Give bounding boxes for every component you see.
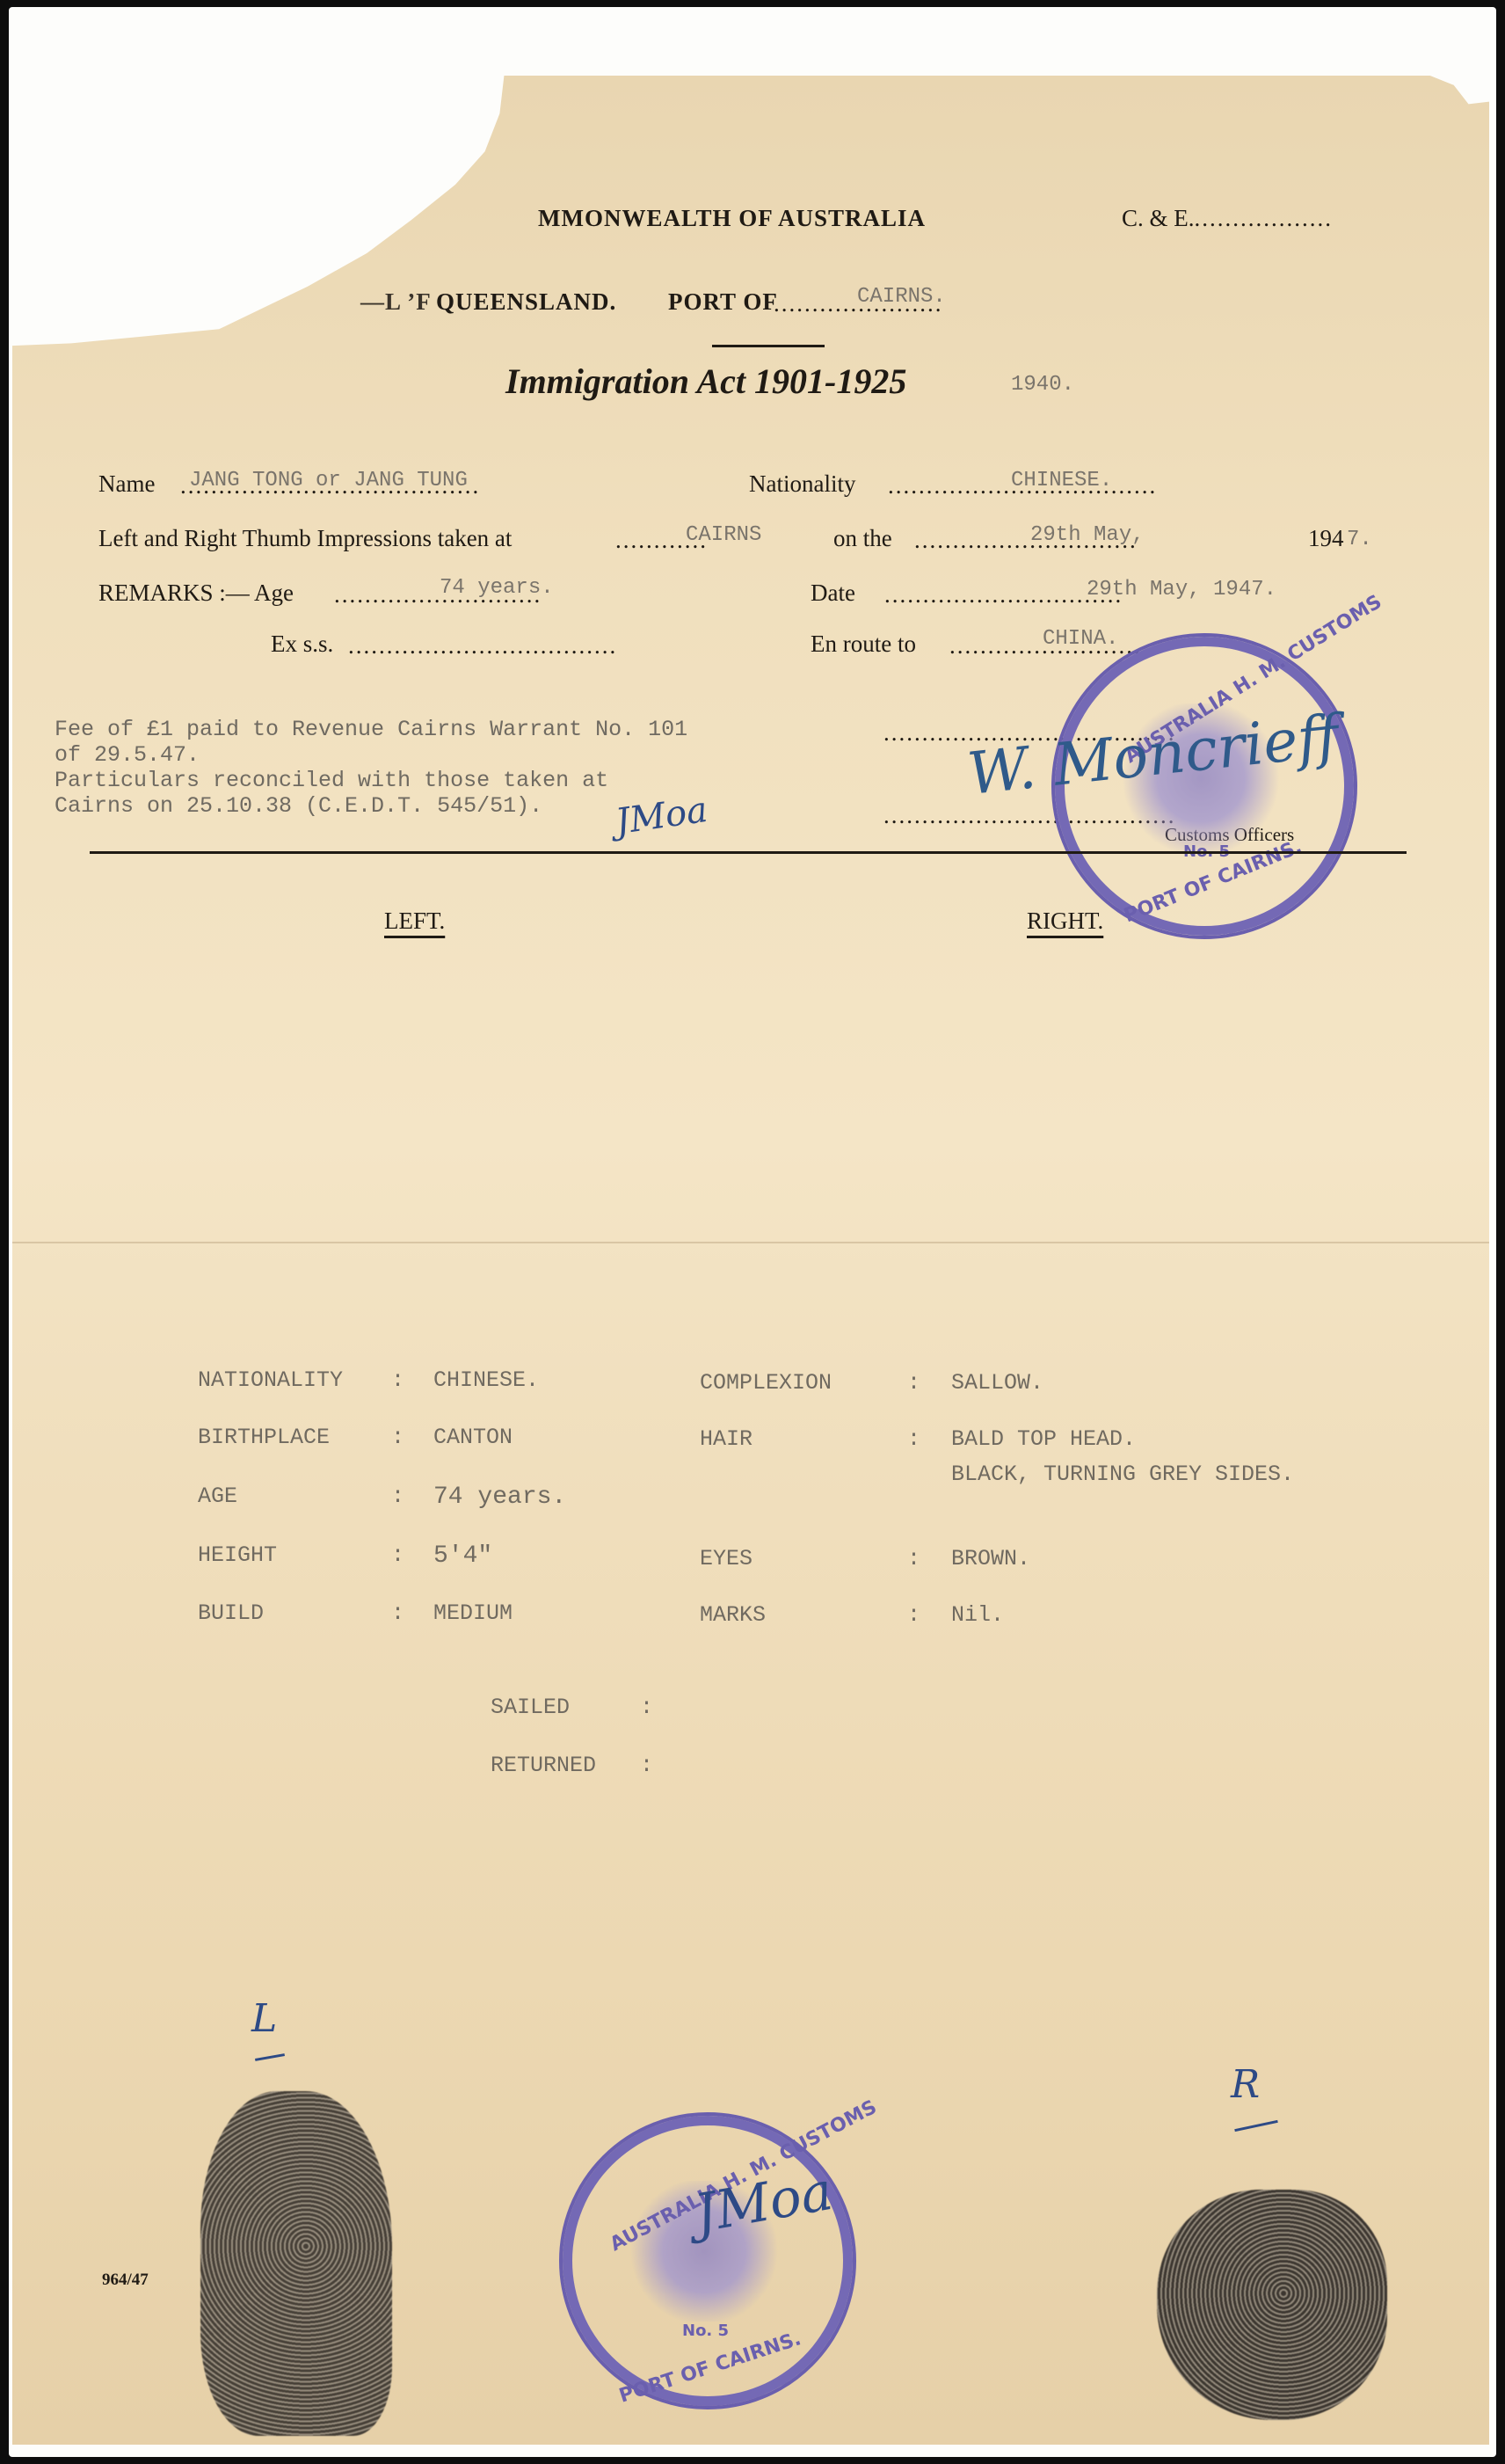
- ce-label: C. & E.: [1122, 205, 1195, 231]
- desc-value: Nil.: [951, 1602, 1004, 1628]
- desc-label: BUILD: [198, 1600, 264, 1626]
- nationality-value[interactable]: CHINESE.: [1011, 469, 1112, 492]
- on-the-label: on the: [833, 525, 892, 552]
- port-label: PORT OF: [668, 288, 778, 316]
- desc-label: NATIONALITY: [198, 1367, 343, 1393]
- returned-label: RETURNED: [491, 1753, 596, 1778]
- desc-colon: :: [907, 1602, 920, 1628]
- year-suffix[interactable]: 7.: [1347, 528, 1372, 551]
- desc-value: CANTON: [433, 1425, 513, 1450]
- remarks-age-label: REMARKS :— Age: [98, 580, 294, 607]
- remark-line: Cairns on 25.10.38 (C.E.D.T. 545/51).: [55, 793, 687, 819]
- desc-colon: :: [391, 1542, 404, 1568]
- desc-label: COMPLEXION: [700, 1370, 832, 1396]
- remark-line: Fee of £1 paid to Revenue Cairns Warrant…: [55, 717, 687, 742]
- left-thumb-heading: LEFT.: [384, 908, 445, 935]
- right-thumb-heading: RIGHT.: [1027, 908, 1103, 935]
- returned-colon[interactable]: :: [640, 1753, 653, 1778]
- act-title: Immigration Act 1901-1925: [505, 361, 906, 402]
- desc-colon: :: [907, 1370, 920, 1396]
- desc-value: 5'4": [433, 1542, 492, 1570]
- desc-colon: :: [907, 1426, 920, 1452]
- sailed-label: SAILED: [491, 1695, 570, 1720]
- remark-line: of 29.5.47.: [55, 742, 687, 768]
- commonwealth-heading: MMONWEALTH OF AUSTRALIA: [538, 205, 926, 232]
- name-value[interactable]: JANG TONG or JANG TUNG: [189, 469, 468, 492]
- thumb-place[interactable]: CAIRNS: [686, 523, 761, 547]
- ex-ss-dots[interactable]: ...................................: [348, 632, 617, 660]
- age-value[interactable]: 74 years.: [440, 576, 554, 600]
- remark-line: Particulars reconciled with those taken …: [55, 768, 687, 793]
- ex-ss-label: Ex s.s.: [271, 631, 333, 658]
- en-route-value[interactable]: CHINA.: [1043, 627, 1118, 651]
- left-thumb-mark: L: [251, 1996, 277, 2041]
- nationality-label: Nationality: [749, 470, 855, 498]
- right-thumbprint: [1157, 2190, 1387, 2420]
- desc-colon: :: [907, 1546, 920, 1571]
- date-value[interactable]: 29th May, 1947.: [1087, 578, 1276, 601]
- desc-colon: :: [391, 1484, 404, 1509]
- desc-value: BROWN.: [951, 1546, 1030, 1571]
- desc-value: MEDIUM: [433, 1600, 513, 1626]
- desc-value-continued: BLACK, TURNING GREY SIDES.: [951, 1462, 1294, 1487]
- section-divider: [90, 851, 1407, 854]
- ce-dots: ..................: [1195, 205, 1334, 231]
- stamp-number: No. 5: [682, 2322, 729, 2340]
- thumb-label: Left and Right Thumb Impressions taken a…: [98, 525, 512, 552]
- desc-label: BIRTHPLACE: [198, 1425, 330, 1450]
- year-prefix: 194: [1308, 525, 1344, 552]
- act-overtype: 1940.: [1011, 373, 1074, 397]
- port-value[interactable]: CAIRNS.: [857, 285, 946, 309]
- queensland-heading: QUEENSLAND.: [436, 288, 616, 316]
- thumb-date[interactable]: 29th May,: [1030, 523, 1145, 547]
- desc-value: SALLOW.: [951, 1370, 1043, 1396]
- en-route-label: En route to: [811, 631, 916, 658]
- desc-value: 74 years.: [433, 1484, 566, 1511]
- desc-label: MARKS: [700, 1602, 766, 1628]
- desc-value: CHINESE.: [433, 1367, 539, 1393]
- sailed-colon[interactable]: :: [640, 1695, 653, 1720]
- typed-remarks: Fee of £1 paid to Revenue Cairns Warrant…: [55, 717, 687, 819]
- state-fragment: —L ’F: [360, 288, 432, 316]
- desc-colon: :: [391, 1425, 404, 1450]
- date-label: Date: [811, 580, 855, 607]
- right-thumb-mark: R: [1231, 2062, 1260, 2107]
- document-paper: [12, 76, 1489, 2445]
- name-label: Name: [98, 470, 155, 498]
- header-rule: [712, 345, 825, 347]
- desc-label: EYES: [700, 1546, 752, 1571]
- desc-label: HEIGHT: [198, 1542, 277, 1568]
- desc-colon: :: [391, 1600, 404, 1626]
- desc-label: AGE: [198, 1484, 237, 1509]
- desc-colon: :: [391, 1367, 404, 1393]
- reference-number: 964/47: [102, 2271, 149, 2290]
- left-thumbprint: [200, 2091, 392, 2436]
- paper-fold-line: [12, 1242, 1489, 1243]
- ce-field[interactable]: C. & E...................: [1122, 205, 1333, 232]
- desc-label: HAIR: [700, 1426, 752, 1452]
- desc-value: BALD TOP HEAD.: [951, 1426, 1136, 1452]
